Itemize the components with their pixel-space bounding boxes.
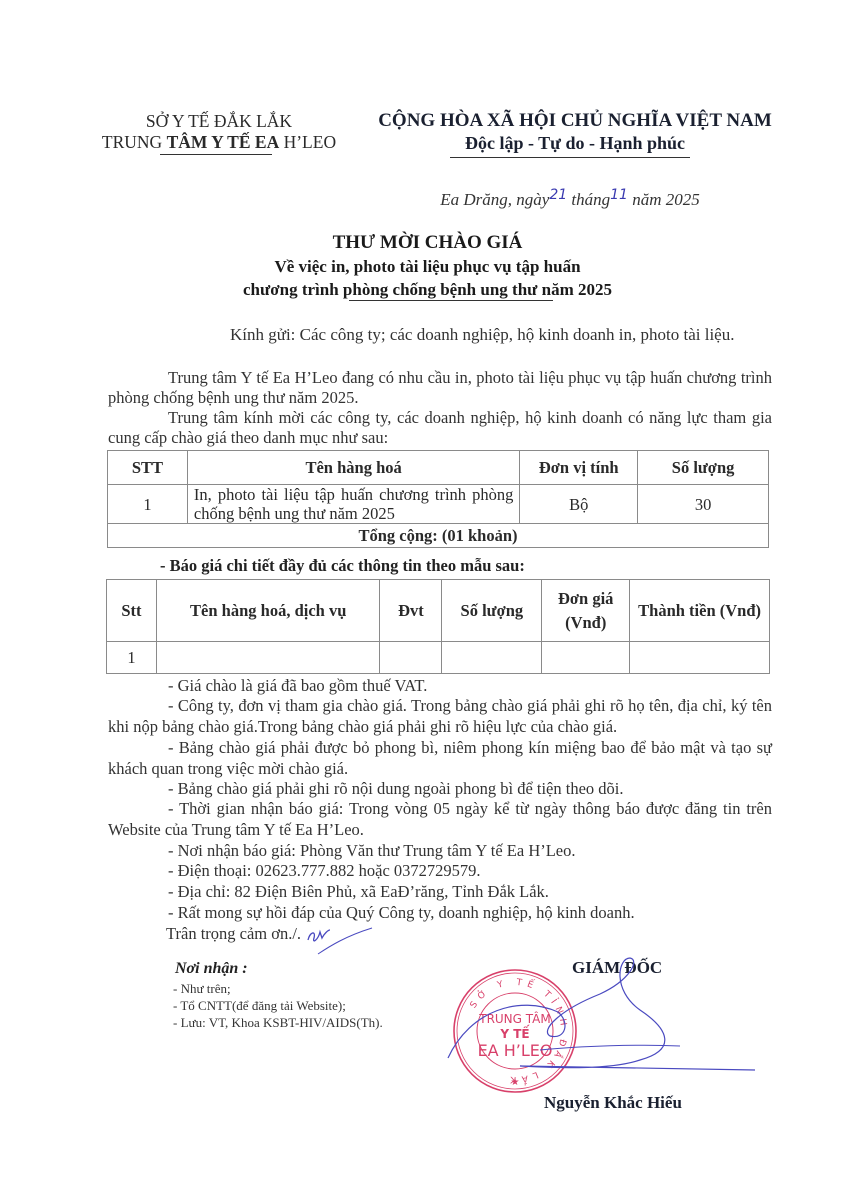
motto-underline bbox=[450, 157, 690, 158]
cell-unit: Bộ bbox=[520, 485, 638, 524]
detail-note: - Báo giá chi tiết đầy đủ các thông tin … bbox=[160, 556, 525, 576]
cell-qty bbox=[442, 642, 542, 674]
handwritten-month: 11 bbox=[610, 187, 628, 203]
quote-table: Stt Tên hàng hoá, dịch vụ Đvt Số lượng Đ… bbox=[106, 579, 770, 674]
motto: Độc lập - Tự do - Hạnh phúc bbox=[360, 133, 790, 154]
col-name: Tên hàng hoá bbox=[187, 451, 519, 485]
subject-underline bbox=[349, 300, 553, 301]
col-unit: Đơn vị tính bbox=[520, 451, 638, 485]
intro-paragraph-1: Trung tâm Y tế Ea H’Leo đang có nhu cầu … bbox=[108, 368, 772, 408]
table-row: 1 bbox=[107, 642, 770, 674]
col-amount: Thành tiền (Vnđ) bbox=[630, 580, 770, 642]
goods-table-header: STT Tên hàng hoá Đơn vị tính Số lượng bbox=[108, 451, 769, 485]
contact-phone: - Điện thoại: 02623.777.882 hoặc 0372729… bbox=[108, 861, 772, 882]
dateline: Ea Drăng, ngày21 tháng11 năm 2025 bbox=[420, 190, 720, 210]
col-name: Tên hàng hoá, dịch vụ bbox=[156, 580, 380, 642]
cell-qty: 30 bbox=[638, 485, 769, 524]
condition-item: - Bảng chào giá phải ghi rõ nội dung ngo… bbox=[108, 779, 772, 800]
recipient-item: - Tổ CNTT(để đăng tải Website); bbox=[173, 998, 346, 1014]
cell-amount bbox=[630, 642, 770, 674]
salutation: Kính gửi: Các công ty; các doanh nghiệp,… bbox=[230, 325, 734, 345]
contact-request: - Rất mong sự hồi đáp của Quý Công ty, d… bbox=[108, 903, 772, 924]
signer-name: Nguyễn Khắc Hiếu bbox=[544, 1093, 682, 1113]
closing: Trân trọng cảm ơn./. bbox=[108, 924, 772, 945]
subject-line-1: Về việc in, photo tài liệu phục vụ tập h… bbox=[0, 257, 855, 277]
col-stt: Stt bbox=[107, 580, 157, 642]
recipients-title: Nơi nhận : bbox=[175, 960, 248, 978]
org-underline bbox=[160, 154, 272, 155]
org-name-strong: TÂM Y TẾ EA bbox=[167, 132, 280, 152]
total-cell: Tổng cộng: (01 khoản) bbox=[108, 524, 769, 548]
org-name: TRUNG TÂM Y TẾ EA H’LEO bbox=[88, 132, 350, 153]
cell-stt: 1 bbox=[107, 642, 157, 674]
goods-table: STT Tên hàng hoá Đơn vị tính Số lượng 1 … bbox=[107, 450, 769, 548]
contact-address: - Địa chỉ: 82 Điện Biên Phủ, xã EaĐ’răng… bbox=[108, 882, 772, 903]
intro-paragraph-2: Trung tâm kính mời các công ty, các doan… bbox=[108, 408, 772, 448]
condition-item: - Công ty, đơn vị tham gia chào giá. Tro… bbox=[108, 696, 772, 737]
cell-unit bbox=[380, 642, 442, 674]
condition-item: - Thời gian nhận báo giá: Trong vòng 05 … bbox=[108, 799, 772, 840]
recipient-item: - Lưu: VT, Khoa KSBT-HIV/AIDS(Th). bbox=[173, 1015, 383, 1031]
org-parent: SỞ Y TẾ ĐẮK LẮK bbox=[88, 111, 350, 132]
col-price: Đơn giá (Vnđ) bbox=[542, 580, 630, 642]
condition-item: - Bảng chào giá phải được bỏ phong bì, n… bbox=[108, 738, 772, 779]
document-title: THƯ MỜI CHÀO GIÁ bbox=[0, 232, 855, 254]
condition-item: - Nơi nhận báo giá: Phòng Văn thư Trung … bbox=[108, 841, 772, 862]
handwritten-signature-icon bbox=[440, 950, 760, 1080]
recipient-item: - Như trên; bbox=[173, 981, 231, 997]
col-qty: Số lượng bbox=[638, 451, 769, 485]
nation-title: CỘNG HÒA XÃ HỘI CHỦ NGHĨA VIỆT NAM bbox=[360, 110, 790, 132]
cell-name bbox=[156, 642, 380, 674]
quote-table-header: Stt Tên hàng hoá, dịch vụ Đvt Số lượng Đ… bbox=[107, 580, 770, 642]
subject-line-2: chương trình phòng chống bệnh ung thư nă… bbox=[0, 280, 855, 300]
initials-scribble-icon bbox=[260, 918, 380, 958]
table-row: 1 In, photo tài liệu tập huấn chương trì… bbox=[108, 485, 769, 524]
cell-name: In, photo tài liệu tập huấn chương trình… bbox=[187, 485, 519, 524]
col-qty: Số lượng bbox=[442, 580, 542, 642]
cell-stt: 1 bbox=[108, 485, 188, 524]
condition-item: - Giá chào là giá đã bao gồm thuế VAT. bbox=[108, 676, 772, 697]
col-unit: Đvt bbox=[380, 580, 442, 642]
handwritten-day: 21 bbox=[549, 187, 567, 203]
cell-price bbox=[542, 642, 630, 674]
col-stt: STT bbox=[108, 451, 188, 485]
total-row: Tổng cộng: (01 khoản) bbox=[108, 524, 769, 548]
